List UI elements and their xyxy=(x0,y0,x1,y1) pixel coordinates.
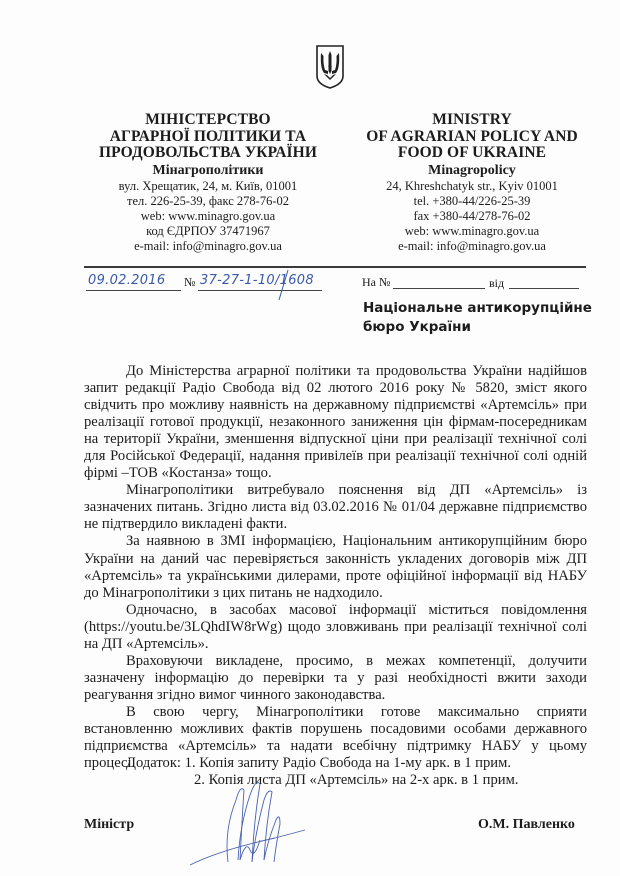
official-letter-page: МІНІСТЕРСТВО АГРАРНОЇ ПОЛІТИКИ ТА ПРОДОВ… xyxy=(0,0,620,876)
phone-fax: тел. 226-25-39, факс 278-76-02 xyxy=(88,194,328,209)
number-symbol: № xyxy=(184,275,195,290)
body-paragraph: Одночасно, в засобах масової інформації … xyxy=(84,602,587,653)
website: web: www.minagro.gov.ua xyxy=(88,209,328,224)
reply-reference: На № xyxy=(362,275,390,290)
reply-to-label: На № xyxy=(362,275,390,289)
attachment-text: 1. Копія запиту Радіо Свобода на 1-му ар… xyxy=(185,755,511,771)
header-english: MINISTRY OF AGRARIAN POLICY AND FOOD OF … xyxy=(362,112,582,255)
email: e-mail: info@minagro.gov.ua xyxy=(88,239,328,254)
registration-date: 09.02.2016 xyxy=(88,273,165,288)
ministry-title-line: МІНІСТЕРСТВО xyxy=(88,112,328,129)
ministry-title-line: OF AGRARIAN POLICY AND xyxy=(362,129,582,146)
body-paragraph: До Міністерства аграрної політики та про… xyxy=(84,363,587,482)
signatory-name: О.М. Павленко xyxy=(478,817,575,833)
ministry-title-line: FOOD OF UKRAINE xyxy=(362,145,582,162)
handwritten-signature xyxy=(180,770,320,870)
ministry-title-line: АГРАРНОЇ ПОЛІТИКИ ТА xyxy=(88,129,328,146)
signatory-position: Міністр xyxy=(84,817,134,833)
ministry-short-name: Мінагрополітики xyxy=(88,163,328,179)
address: 24, Khreshchatyk str., Kyiv 01001 xyxy=(362,179,582,194)
reply-date-field xyxy=(509,288,579,289)
body-paragraph: За наявною в ЗМІ інформацією, Національн… xyxy=(84,533,587,601)
email: e-mail: info@minagro.gov.ua xyxy=(362,239,582,254)
ukraine-trident-coat-of-arms-icon xyxy=(315,44,345,90)
website: web: www.minagro.gov.ua xyxy=(362,224,582,239)
date-underline xyxy=(86,290,181,291)
fax: fax +380-44/278-76-02 xyxy=(362,209,582,224)
attachment-label: Додаток: xyxy=(126,755,181,771)
number-underline xyxy=(198,290,322,291)
edrpou-code: код ЄДРПОУ 37471967 xyxy=(88,224,328,239)
body-paragraph: Враховуючи викладене, просимо, в межах к… xyxy=(84,653,587,704)
reply-from-label: від xyxy=(489,276,504,291)
addressee: Національне антикорупційне бюро України xyxy=(363,299,592,337)
handwritten-slash-stroke xyxy=(275,268,291,302)
addressee-line: Національне антикорупційне xyxy=(363,299,592,318)
body-paragraph: Мінагрополітики витребувало пояснення ві… xyxy=(84,482,587,533)
letter-body: До Міністерства аграрної політики та про… xyxy=(84,363,587,772)
registration-number: 37-27-1-10/1608 xyxy=(200,273,314,288)
addressee-line: бюро України xyxy=(363,318,592,337)
address: вул. Хрещатик, 24, м. Київ, 01001 xyxy=(88,179,328,194)
ministry-title-line: MINISTRY xyxy=(362,112,582,129)
header-divider xyxy=(84,266,586,268)
ministry-title-line: ПРОДОВОЛЬСТВА УКРАЇНИ xyxy=(88,145,328,162)
header-ukrainian: МІНІСТЕРСТВО АГРАРНОЇ ПОЛІТИКИ ТА ПРОДОВ… xyxy=(88,112,328,255)
phone: tel. +380-44/226-25-39 xyxy=(362,194,582,209)
ministry-short-name: Minagropolicy xyxy=(362,163,582,179)
reply-number-field xyxy=(393,288,485,289)
